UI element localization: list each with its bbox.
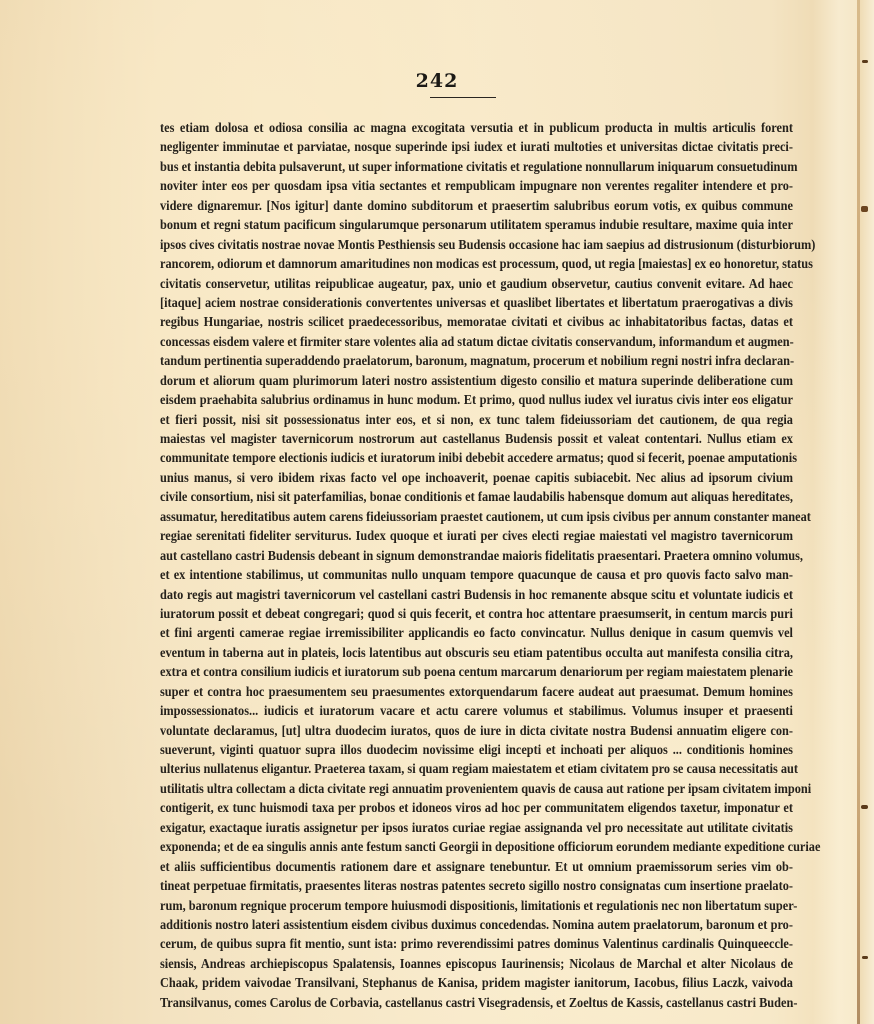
text-line: dorum et aliorum quam plurimorum lateri … <box>160 371 793 390</box>
text-line: et aliis sufficientibus documentis ratio… <box>160 857 793 876</box>
text-line: tandum pertinentia superaddendo praelato… <box>160 351 793 370</box>
text-line: regiae serenitati fideliter serviturus. … <box>160 526 793 545</box>
text-line: Chaak, pridem vaivodae Transilvani, Step… <box>160 973 793 992</box>
text-line: sueverunt, viginti quatuor supra illos d… <box>160 740 793 759</box>
text-line: et fieri possit, nisi sit possessionatus… <box>160 410 793 429</box>
text-line: utilitatis ultra collectam a dicta civit… <box>160 779 793 798</box>
body-text: tes etiam dolosa et odiosa consilia ac m… <box>160 118 742 1012</box>
text-line: negligenter imminutae et parviatae, nosq… <box>160 137 793 156</box>
text-line: tineat perpetuae firmitatis, praesentes … <box>160 876 793 895</box>
text-line: exponenda; et de ea singulis annis ante … <box>160 837 793 856</box>
text-line: bus et instantia debita pulsaverunt, ut … <box>160 157 793 176</box>
text-line: [itaque] aciem nostrae considerationis c… <box>160 293 793 312</box>
text-line: rum, baronum regnique procerum tempore h… <box>160 896 793 915</box>
binding-shade <box>860 0 874 1024</box>
margin-mark-icon <box>862 60 868 63</box>
text-line: Transilvanus, comes Carolus de Corbavia,… <box>160 993 793 1012</box>
margin-mark-icon <box>861 805 868 809</box>
page-number: 242 <box>0 70 874 92</box>
scanned-page: 242 tes etiam dolosa et odiosa consilia … <box>0 0 874 1024</box>
text-line: impossessionatos... iudicis et iuratorum… <box>160 701 793 720</box>
text-line: et ex intentione stabilimus, ut communit… <box>160 565 793 584</box>
text-line: assumatur, hereditatibus autem carens fi… <box>160 507 793 526</box>
text-line: videre dignaremur. [Nos igitur] dante do… <box>160 196 793 215</box>
text-line: regibus Hungariae, nostris scilicet prae… <box>160 312 793 331</box>
text-line: et fini argenti camerae regiae irremissi… <box>160 623 793 642</box>
text-line: aut castellano castri Budensis debeant i… <box>160 546 793 565</box>
margin-mark-icon <box>862 956 868 959</box>
text-line: rancorem, odiorum et damnorum amaritudin… <box>160 254 793 273</box>
text-line: concessas eisdem valere et firmiter star… <box>160 332 793 351</box>
text-line: civitatis conservetur, utilitas reipubli… <box>160 274 793 293</box>
text-line: additionis nostro lateri assistentium ei… <box>160 915 793 934</box>
text-line: bonum et regni statum pacificum singular… <box>160 215 793 234</box>
text-line: eisdem praehabita salubrius ordinamus in… <box>160 390 793 409</box>
text-line: ulterius nullatenus eligantur. Praeterea… <box>160 759 793 778</box>
text-line: siensis, Andreas archiepiscopus Spalaten… <box>160 954 793 973</box>
page-number-rule <box>430 97 496 98</box>
text-line: contigerit, ex tunc huismodi taxa per pr… <box>160 798 793 817</box>
text-line: cerum, de quibus supra fit mentio, sunt … <box>160 934 793 953</box>
text-line: maiestas vel magister tavernicorum nostr… <box>160 429 793 448</box>
text-line: exigatur, exactaque iuratis assignetur p… <box>160 818 793 837</box>
margin-mark-icon <box>861 206 868 212</box>
text-line: tes etiam dolosa et odiosa consilia ac m… <box>160 118 793 137</box>
text-line: voluntate declaramus, [ut] ultra duodeci… <box>160 721 793 740</box>
text-line: noviter inter eos per quosdam ipsa vitia… <box>160 176 793 195</box>
text-line: dato regis aut magistri tavernicorum vel… <box>160 585 793 604</box>
text-line: eventum in taberna aut in plateis, locis… <box>160 643 793 662</box>
text-line: communitate tempore electionis iudicis e… <box>160 448 793 467</box>
text-line: civile consortium, nisi sit paterfamilia… <box>160 487 793 506</box>
text-line: unius manus, si vero ibidem rixas facto … <box>160 468 793 487</box>
text-line: ipsos cives civitatis nostrae novae Mont… <box>160 235 793 254</box>
text-line: super et contra hoc praesumentem seu pra… <box>160 682 793 701</box>
text-line: iuratorum possit et debeat congregari; q… <box>160 604 793 623</box>
text-line: extra et contra consilium iudicis et iur… <box>160 662 793 681</box>
